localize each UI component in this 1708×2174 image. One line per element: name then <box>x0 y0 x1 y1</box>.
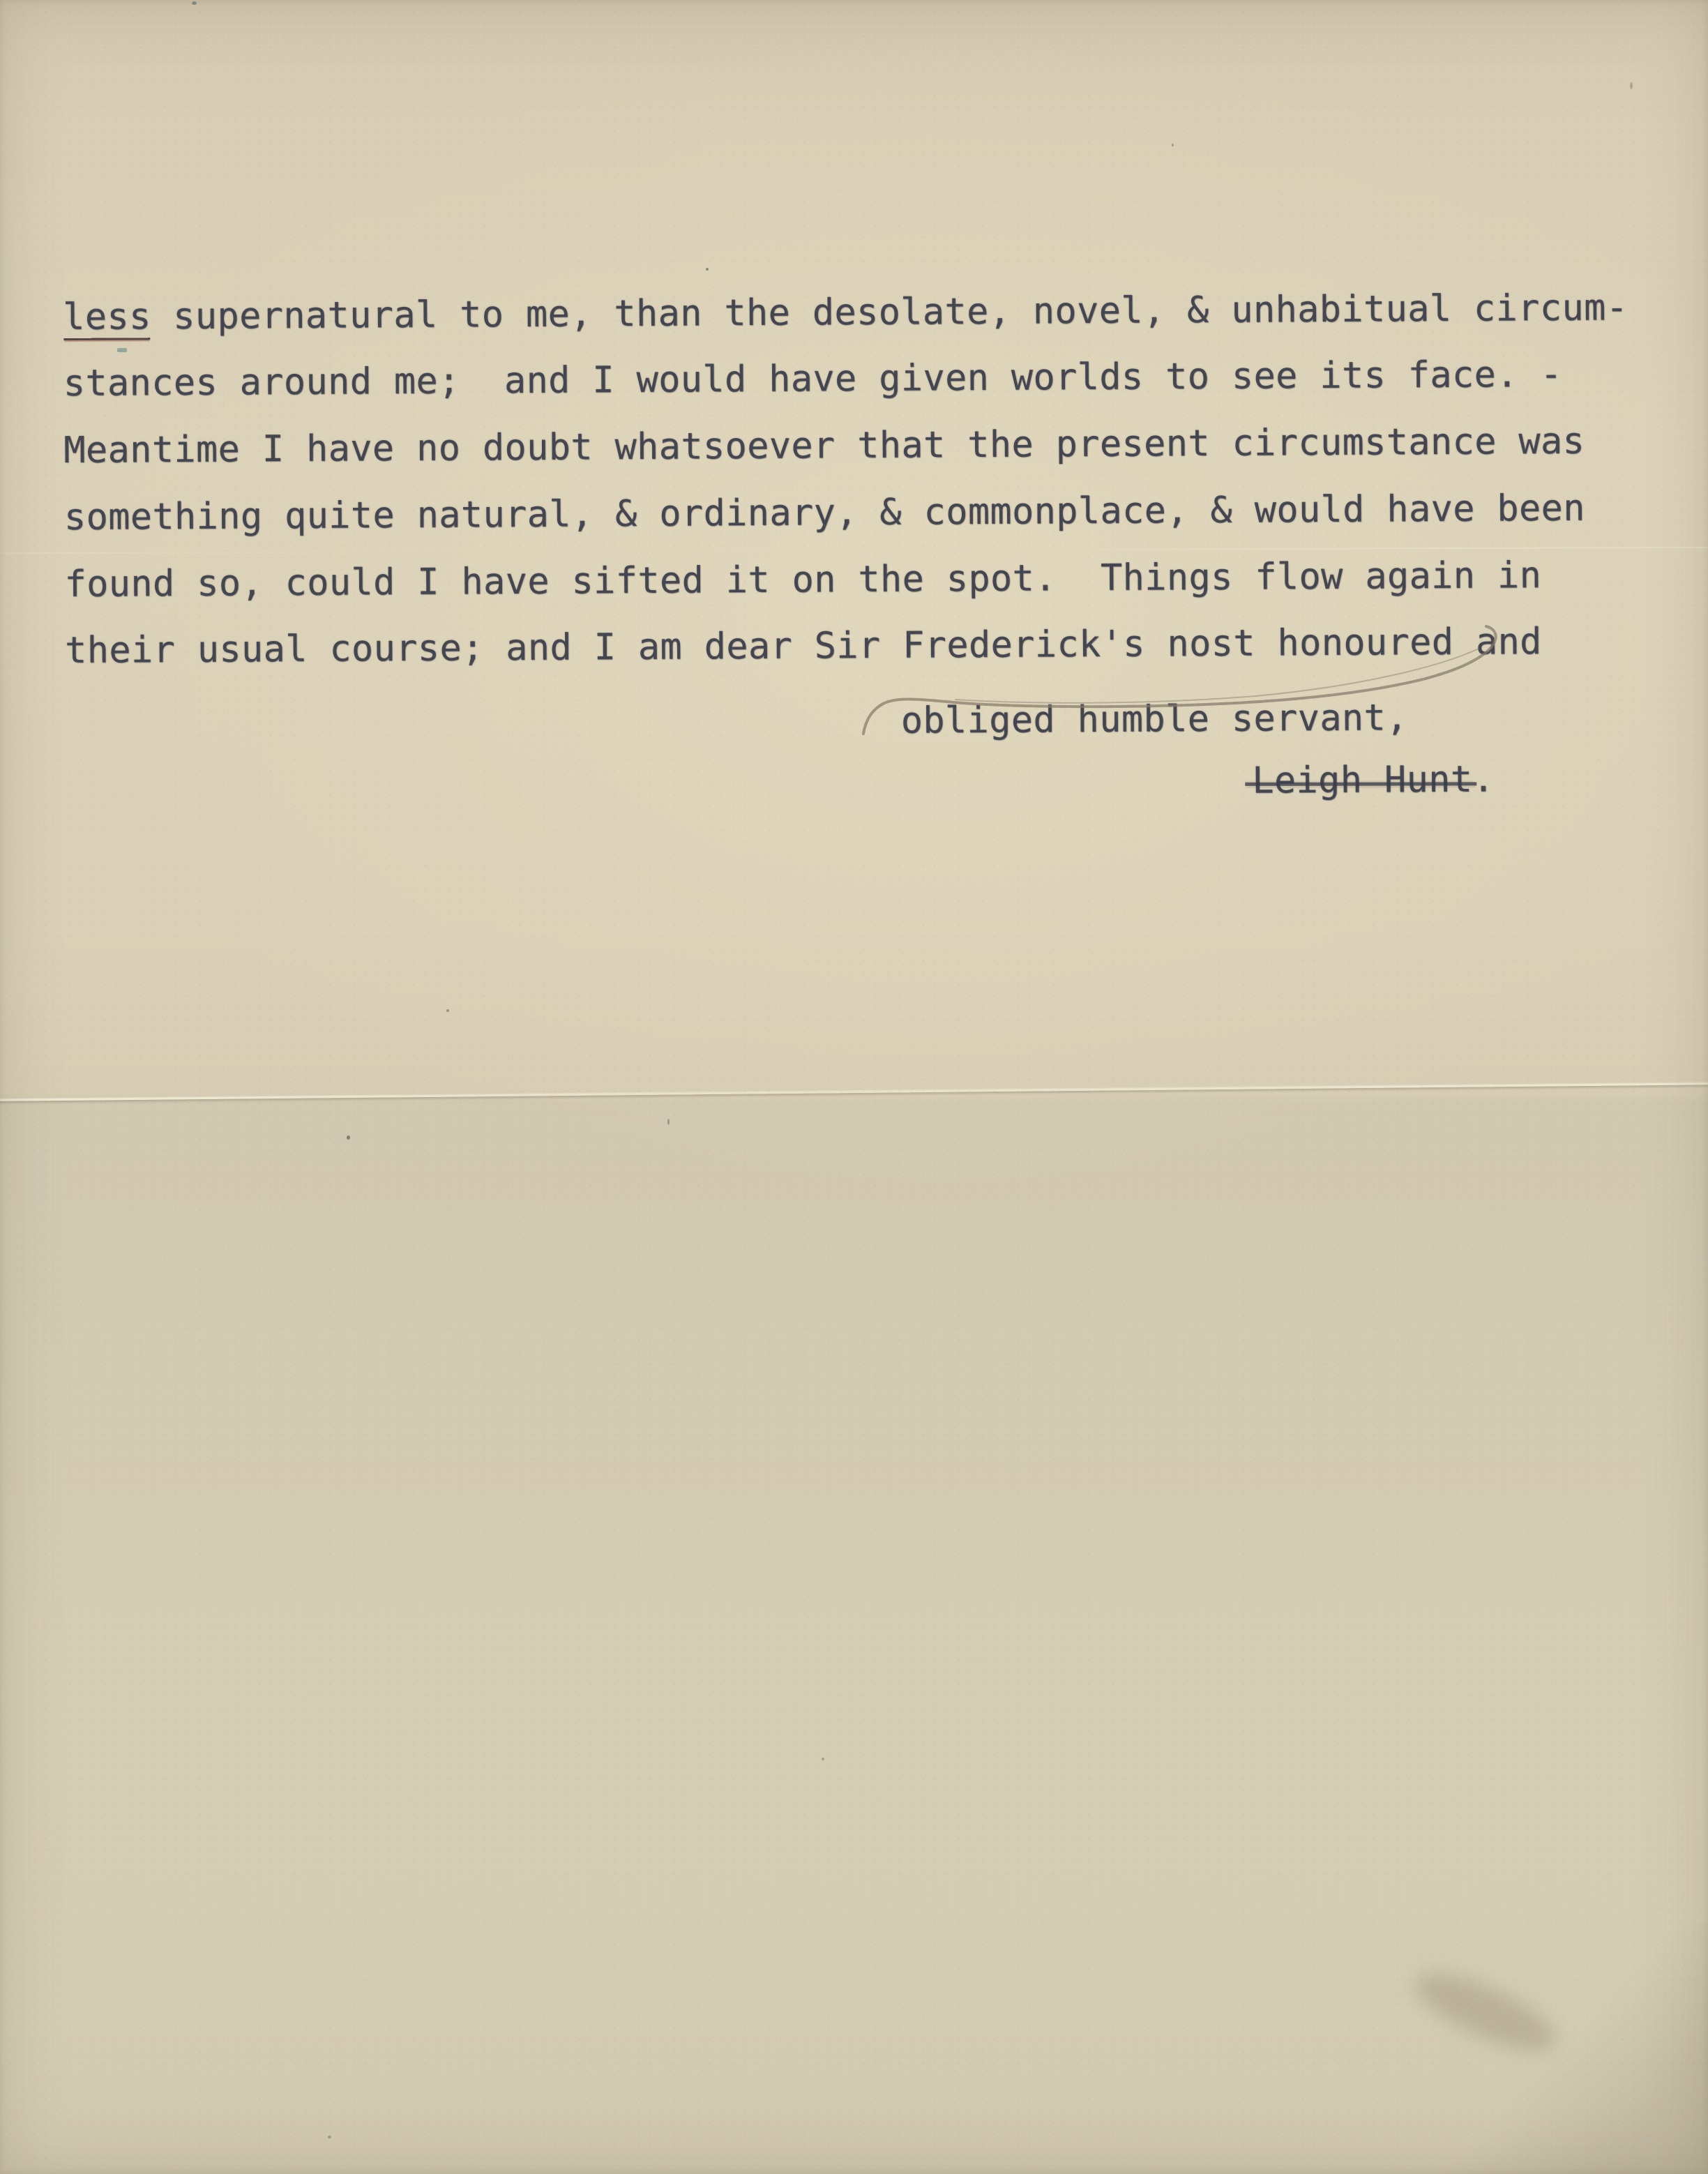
signature-period: . <box>1472 758 1495 800</box>
underlined-word-less: less <box>63 296 151 338</box>
letter-line-6: their usual course; and I am dear Sir Fr… <box>65 621 1542 672</box>
letter-line-2: stances around me; and I would have give… <box>63 354 1563 405</box>
letter-body: less supernatural to me, than the desola… <box>0 0 1708 2174</box>
letter-page: less supernatural to me, than the desola… <box>0 0 1708 2174</box>
struck-signature-leigh-hunt: Leigh Hunt <box>1252 759 1472 802</box>
letter-line-1: less supernatural to me, than the desola… <box>63 287 1628 338</box>
letter-line-7-closing: obliged humble servant, <box>901 697 1408 741</box>
letter-line-5: found so, could I have sifted it on the … <box>64 554 1541 605</box>
letter-line-3: Meantime I have no doubt whatsoever that… <box>63 421 1585 471</box>
letter-line-4: something quite natural, & ordinary, & c… <box>64 488 1585 538</box>
letter-line-1-text: supernatural to me, than the desolate, n… <box>151 287 1628 338</box>
signature-line: Leigh Hunt. <box>1252 758 1495 801</box>
